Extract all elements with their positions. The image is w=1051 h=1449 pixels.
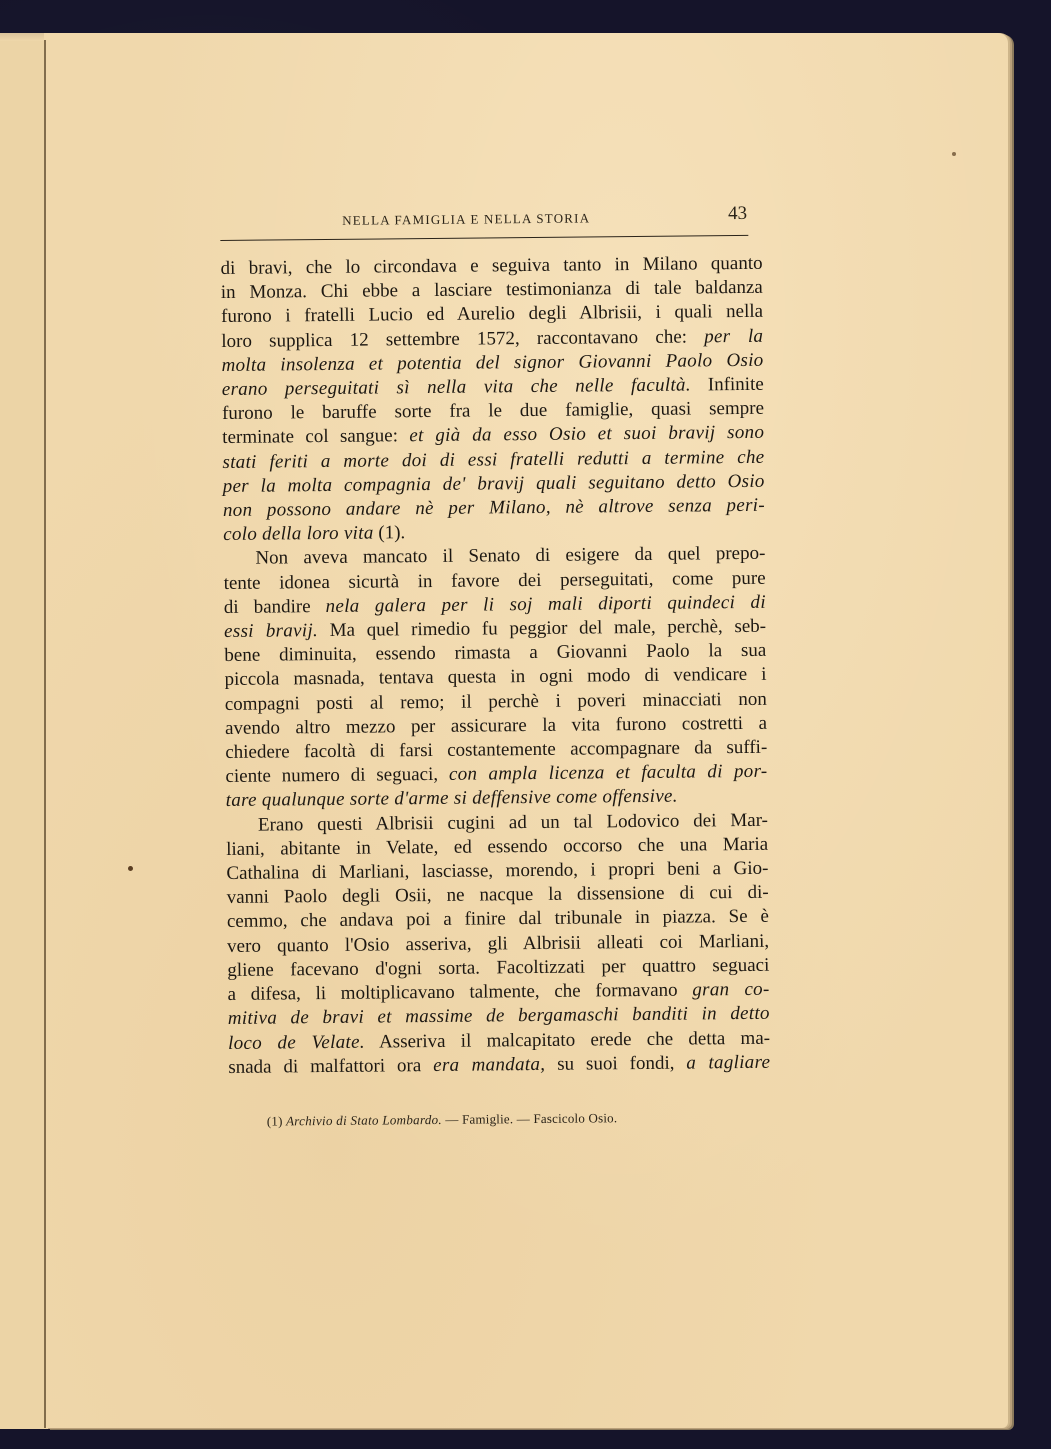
- italic-quote: tare qualunque sorte d'arme si deffensiv…: [226, 786, 678, 811]
- paper-speck: [952, 152, 956, 156]
- footnote-source: Archivio di Stato Lombardo.: [286, 1112, 442, 1128]
- italic-quote: loco de Velate.: [228, 1031, 365, 1053]
- text-run: Erano questi Albrisii cugini ad un tal L…: [258, 809, 768, 835]
- running-head: NELLA FAMIGLIA E NELLA STORIA 43: [220, 199, 770, 234]
- paragraph: di bravi, che lo circondava e seguiva ta…: [221, 252, 766, 548]
- italic-quote: et già da esso Osio et suoi bravij sono: [409, 422, 764, 446]
- italic-quote: a tagliare: [686, 1051, 770, 1073]
- text-run: chiedere facoltà di farsi costantemente …: [225, 737, 767, 763]
- text-run: cemmo, che andava poi a finire dal tribu…: [227, 906, 769, 932]
- page-number: 43: [728, 203, 747, 225]
- text-run: in Monza. Chi ebbe a lasciare testimonia…: [221, 277, 763, 303]
- text-run: Cathalina di Marliani, lasciasse, morend…: [226, 858, 768, 884]
- text-run: Asseriva il malcapitato erede che detta …: [365, 1027, 770, 1052]
- text-run: furono le baruffe sorte fra le due famig…: [222, 398, 764, 424]
- italic-quote: stati feriti a morte doi di essi fratell…: [222, 446, 764, 472]
- italic-quote: essi bravij.: [224, 620, 318, 642]
- italic-quote: colo della loro vita: [223, 523, 374, 545]
- running-title: NELLA FAMIGLIA E NELLA STORIA: [342, 210, 590, 228]
- text-run: liani, abitante in Velate, ed essendo oc…: [226, 834, 768, 860]
- text-run: tente idonea sicurtà in favore dei perse…: [224, 567, 766, 593]
- text-run: (1).: [373, 522, 405, 543]
- italic-quote: con ampla licenza et faculta di por-: [449, 761, 768, 785]
- text-run: Non aveva mancato il Senato di esigere d…: [255, 543, 765, 569]
- italic-quote: era mandata,: [433, 1054, 545, 1076]
- italic-quote: non possono andare nè per Milano, nè alt…: [223, 495, 765, 521]
- italic-quote: gran co-: [692, 979, 769, 1001]
- text-run: ciente numero di seguaci,: [225, 764, 449, 787]
- italic-quote: nela galera per li soj mali diporti quin…: [326, 592, 766, 617]
- paper-speck: [128, 866, 133, 871]
- text-run: bene diminuita, essendo rimasta a Giovan…: [224, 640, 766, 666]
- text-run: loro supplica 12 settembre 1572, raccont…: [221, 326, 704, 352]
- paragraph: Non aveva mancato il Senato di esigere d…: [223, 542, 768, 813]
- italic-quote: per la: [704, 325, 763, 347]
- italic-quote: erano perseguitati sì nella vita che nel…: [222, 375, 691, 401]
- text-run: vanni Paolo degli Osii, ne nacque la dis…: [227, 882, 769, 908]
- text-run: di bandire: [224, 596, 326, 618]
- text-run: Ma quel rimedio fu peggior del male, per…: [318, 616, 766, 641]
- italic-quote: mitiva de bravi et massime de bergamasch…: [228, 1003, 770, 1029]
- italic-quote: per la molta compagnia de' bravij quali …: [223, 471, 765, 497]
- text-run: terminate col sangue:: [222, 426, 409, 449]
- text-run: snada di malfattori ora: [228, 1055, 433, 1078]
- text-run: vero quanto l'Osio asseriva, gli Albrisi…: [227, 930, 769, 956]
- text-run: a difesa, li moltiplicavano talmente, ch…: [227, 980, 692, 1005]
- text-line: snada di malfattori ora era mandata, su …: [228, 1050, 770, 1079]
- text-run: piccola masnada, tentava questa in ogni …: [224, 664, 766, 690]
- footnote-text: — Famiglie. — Fascicolo Osio.: [445, 1110, 617, 1127]
- text-run: furono i fratelli Lucio ed Aurelio degli…: [221, 301, 763, 327]
- header-rule: [220, 235, 748, 241]
- text-run: compagni posti al remo; il perchè i pove…: [225, 688, 767, 714]
- paragraph: Erano questi Albrisii cugini ad un tal L…: [226, 808, 771, 1079]
- text-run: Infinite: [691, 374, 764, 396]
- text-run: su suoi fondi,: [545, 1052, 686, 1074]
- text-run: gliene facevano d'ogni sorta. Facoltizza…: [227, 955, 769, 981]
- footnote-marker: (1): [267, 1113, 283, 1128]
- gutter-fold: [44, 40, 46, 1428]
- italic-quote: molta insolenza et potentia del signor G…: [221, 350, 763, 376]
- body-text: di bravi, che lo circondava e seguiva ta…: [221, 252, 771, 1080]
- text-run: avendo altro mezzo per assicurare la vit…: [225, 713, 767, 739]
- text-run: di bravi, che lo circondava e seguiva ta…: [221, 253, 763, 279]
- page-content: NELLA FAMIGLIA E NELLA STORIA 43 di brav…: [220, 199, 779, 1130]
